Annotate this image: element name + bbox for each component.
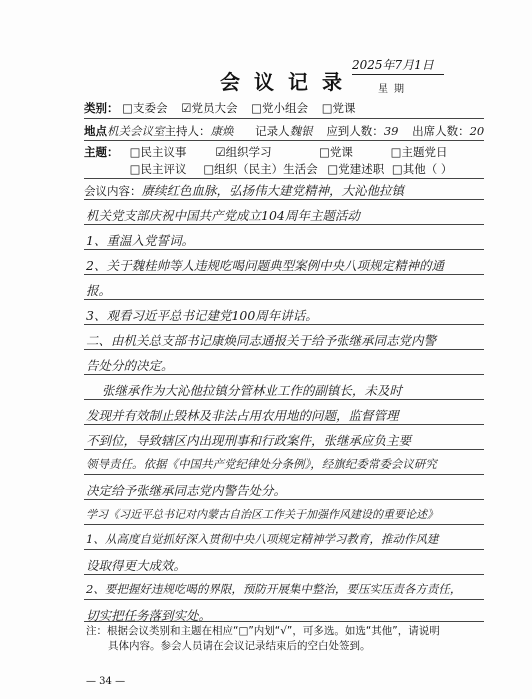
content-line: 2、关于魏桂帅等人违规吃喝问题典型案例中央八项规定精神的通	[86, 256, 484, 274]
meeting-date: 2025年7月1日	[352, 56, 444, 75]
category-option-party-group-meeting[interactable]: □党小组会	[251, 101, 308, 115]
ruled-line	[84, 549, 484, 550]
ruled-line	[84, 374, 484, 375]
ruled-line	[84, 524, 484, 525]
content-line: 机关党支部庆祝中国共产党成立104周年主题活动	[86, 206, 484, 224]
topic-option-party-building-report[interactable]: □党建述职	[327, 162, 384, 176]
expected-label: 应到人数：	[326, 124, 384, 138]
content-line: 领导责任。依据《中国共产党纪律处分条例》，经旗纪委常委会议研究	[86, 456, 484, 472]
ruled-line	[84, 399, 484, 400]
expected-value: 39	[384, 124, 399, 138]
meeting-record-page: 会议记录 2025年7月1日 星期 类别： □支委会 ☑党员大会 □党小组会 □…	[0, 0, 532, 699]
content-line: 3、观看习近平总书记建党100周年讲话。	[86, 306, 484, 324]
attended-value: 20	[470, 124, 485, 138]
topic-option-life-meeting[interactable]: □组织（民主）生活会	[203, 162, 317, 176]
footnote-line-2: 具体内容。参会人员请在会议记录结束后的空白处签到。	[86, 639, 486, 654]
ruled-line	[84, 474, 484, 475]
info-row: 地点机关会议室主持人：康焕 记录人魏银 应到人数：39 出席人数：20	[84, 123, 484, 139]
divider	[84, 140, 484, 141]
content-line: 学习《习近平总书记对内蒙古自治区工作关于加强作风建设的重要论述》	[86, 506, 484, 522]
content-line: 报。	[86, 281, 484, 299]
content-line: 发现并有效制止毁林及非法占用农用地的问题，监督管理	[86, 406, 484, 424]
content-label: 会议内容：	[84, 184, 142, 198]
topic-label: 主题：	[84, 144, 126, 160]
host-label: 主持人：	[165, 124, 211, 138]
content-line: 二、由机关总支部书记康焕同志通报关于给予张继承同志党内警	[86, 331, 484, 349]
host-value: 康焕	[211, 124, 234, 138]
category-row: 类别： □支委会 ☑党员大会 □党小组会 □党课	[84, 100, 484, 116]
recorder-label: 记录人	[255, 124, 290, 138]
topic-option-organized-study[interactable]: ☑组织学习	[215, 144, 305, 160]
category-option-party-lecture[interactable]: □党课	[322, 101, 356, 115]
ruled-line	[84, 574, 484, 575]
ruled-line	[84, 621, 484, 622]
weekday-label: 星期	[378, 80, 410, 95]
content-line: 张继承作为大沁他拉镇分管林业工作的副镇长，未及时	[86, 381, 484, 399]
divider	[84, 178, 484, 179]
category-option-branch-committee[interactable]: □支委会	[122, 101, 167, 115]
category-label: 类别：	[84, 101, 119, 115]
content-line: 不到位，导致辖区内出现刑事和行政案件，张继承应负主要	[86, 431, 484, 449]
ruled-line	[84, 274, 484, 275]
ruled-line	[84, 299, 484, 300]
footnote: 注：根据会议类别和主题在相应“□”内划“√”，可多选。如选“其他”，请说明 具体…	[86, 624, 486, 654]
recorder-value: 魏银	[290, 124, 313, 138]
content-line: 1、重温入党誓词。	[86, 231, 484, 249]
content-first-line: 会议内容：赓续红色血脉，弘扬伟大建党精神，大沁他拉镇	[84, 181, 484, 199]
category-option-party-member-meeting[interactable]: ☑党员大会	[181, 101, 237, 115]
topic-row-1: 主题： □民主议事 ☑组织学习 □党课 □主题党日	[84, 144, 484, 160]
page-number: — 34 —	[86, 676, 125, 687]
content-line: 赓续红色血脉，弘扬伟大建党精神，大沁他拉镇	[142, 183, 405, 198]
topic-option-theme-party-day[interactable]: □主题党日	[391, 145, 448, 159]
location-label: 地点	[84, 124, 107, 138]
ruled-line	[84, 349, 484, 350]
content-line: 决定给予张继承同志党内警告处分。	[86, 481, 484, 499]
topic-option-party-lecture[interactable]: □党课	[319, 144, 377, 160]
content-line: 1、从高度自觉抓好深入贯彻中央八项规定精神学习教育，推动作风建	[86, 531, 484, 547]
footnote-line-1: 注：根据会议类别和主题在相应“□”内划“√”，可多选。如选“其他”，请说明	[86, 625, 440, 637]
page-title: 会议记录	[220, 66, 356, 95]
ruled-line	[84, 449, 484, 450]
divider	[84, 118, 484, 119]
ruled-line	[84, 599, 484, 600]
ruled-line	[84, 424, 484, 425]
topic-option-democratic-evaluation[interactable]: □民主评议	[130, 161, 192, 177]
location-value: 机关会议室	[107, 124, 165, 138]
content-line: 设取得更大成效。	[86, 556, 484, 574]
ruled-line	[84, 499, 484, 500]
content-line: 告处分的决定。	[86, 356, 484, 374]
ruled-line	[84, 199, 484, 200]
topic-option-democratic-discussion[interactable]: □民主议事	[130, 144, 202, 160]
ruled-line	[84, 249, 484, 250]
ruled-line	[84, 224, 484, 225]
attended-label: 出席人数：	[412, 124, 470, 138]
content-line: 2、要把握好违规吃喝的界限，预防开展集中整治，要压实压责各方责任，	[86, 581, 484, 597]
topic-option-other[interactable]: □其他（ ）	[392, 162, 453, 176]
topic-row-2: □民主评议 □组织（民主）生活会 □党建述职 □其他（ ）	[84, 161, 484, 177]
ruled-line	[84, 324, 484, 325]
